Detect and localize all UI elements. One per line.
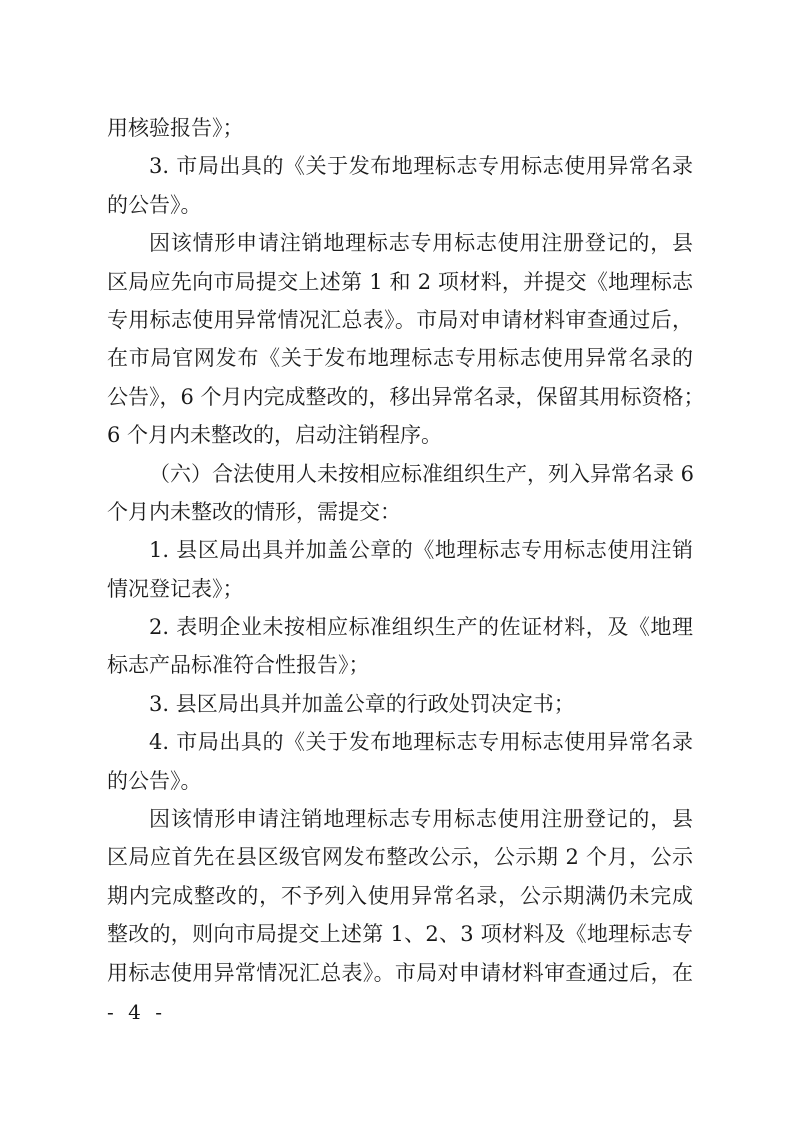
text-line: 3. 市局出具的《关于发布地理标志专用标志使用异常名录 bbox=[107, 147, 693, 185]
text-line: 因该情形申请注销地理标志专用标志使用注册登记的，县 bbox=[107, 800, 693, 838]
text-line: 4. 市局出具的《关于发布地理标志专用标志使用异常名录 bbox=[107, 723, 693, 761]
page-number: - 4 - bbox=[107, 1000, 166, 1024]
text-line: 6 个月内未整改的，启动注销程序。 bbox=[107, 416, 693, 454]
text-line: 公告》，6 个月内完成整改的，移出异常名录，保留其用标资格； bbox=[107, 378, 693, 416]
text-line: 区局应先向市局提交上述第 1 和 2 项材料，并提交《地理标志 bbox=[107, 263, 693, 301]
text-line: 2. 表明企业未按相应标准组织生产的佐证材料，及《地理 bbox=[107, 608, 693, 646]
text-line: 区局应首先在县区级官网发布整改公示，公示期 2 个月，公示 bbox=[107, 838, 693, 876]
text-line: 1. 县区局出具并加盖公章的《地理标志专用标志使用注销 bbox=[107, 531, 693, 569]
document-page: 用核验报告》；3. 市局出具的《关于发布地理标志专用标志使用异常名录的公告》。因… bbox=[0, 0, 793, 1122]
text-line: 用标志使用异常情况汇总表》。市局对申请材料审查通过后，在 bbox=[107, 954, 693, 992]
text-line: 的公告》。 bbox=[107, 762, 693, 800]
text-line: 用核验报告》； bbox=[107, 109, 693, 147]
body-text: 用核验报告》；3. 市局出具的《关于发布地理标志专用标志使用异常名录的公告》。因… bbox=[107, 109, 693, 992]
text-line: 个月内未整改的情形，需提交： bbox=[107, 493, 693, 531]
text-line: 因该情形申请注销地理标志专用标志使用注册登记的，县 bbox=[107, 224, 693, 262]
text-line: （六）合法使用人未按相应标准组织生产，列入异常名录 6 bbox=[107, 455, 693, 493]
text-line: 情况登记表》； bbox=[107, 570, 693, 608]
text-line: 在市局官网发布《关于发布地理标志专用标志使用异常名录的 bbox=[107, 339, 693, 377]
text-line: 专用标志使用异常情况汇总表》。市局对申请材料审查通过后， bbox=[107, 301, 693, 339]
text-line: 整改的，则向市局提交上述第 1、2、3 项材料及《地理标志专 bbox=[107, 915, 693, 953]
text-line: 标志产品标准符合性报告》； bbox=[107, 646, 693, 684]
text-line: 3. 县区局出具并加盖公章的行政处罚决定书； bbox=[107, 685, 693, 723]
text-line: 的公告》。 bbox=[107, 186, 693, 224]
text-line: 期内完成整改的，不予列入使用异常名录，公示期满仍未完成 bbox=[107, 877, 693, 915]
